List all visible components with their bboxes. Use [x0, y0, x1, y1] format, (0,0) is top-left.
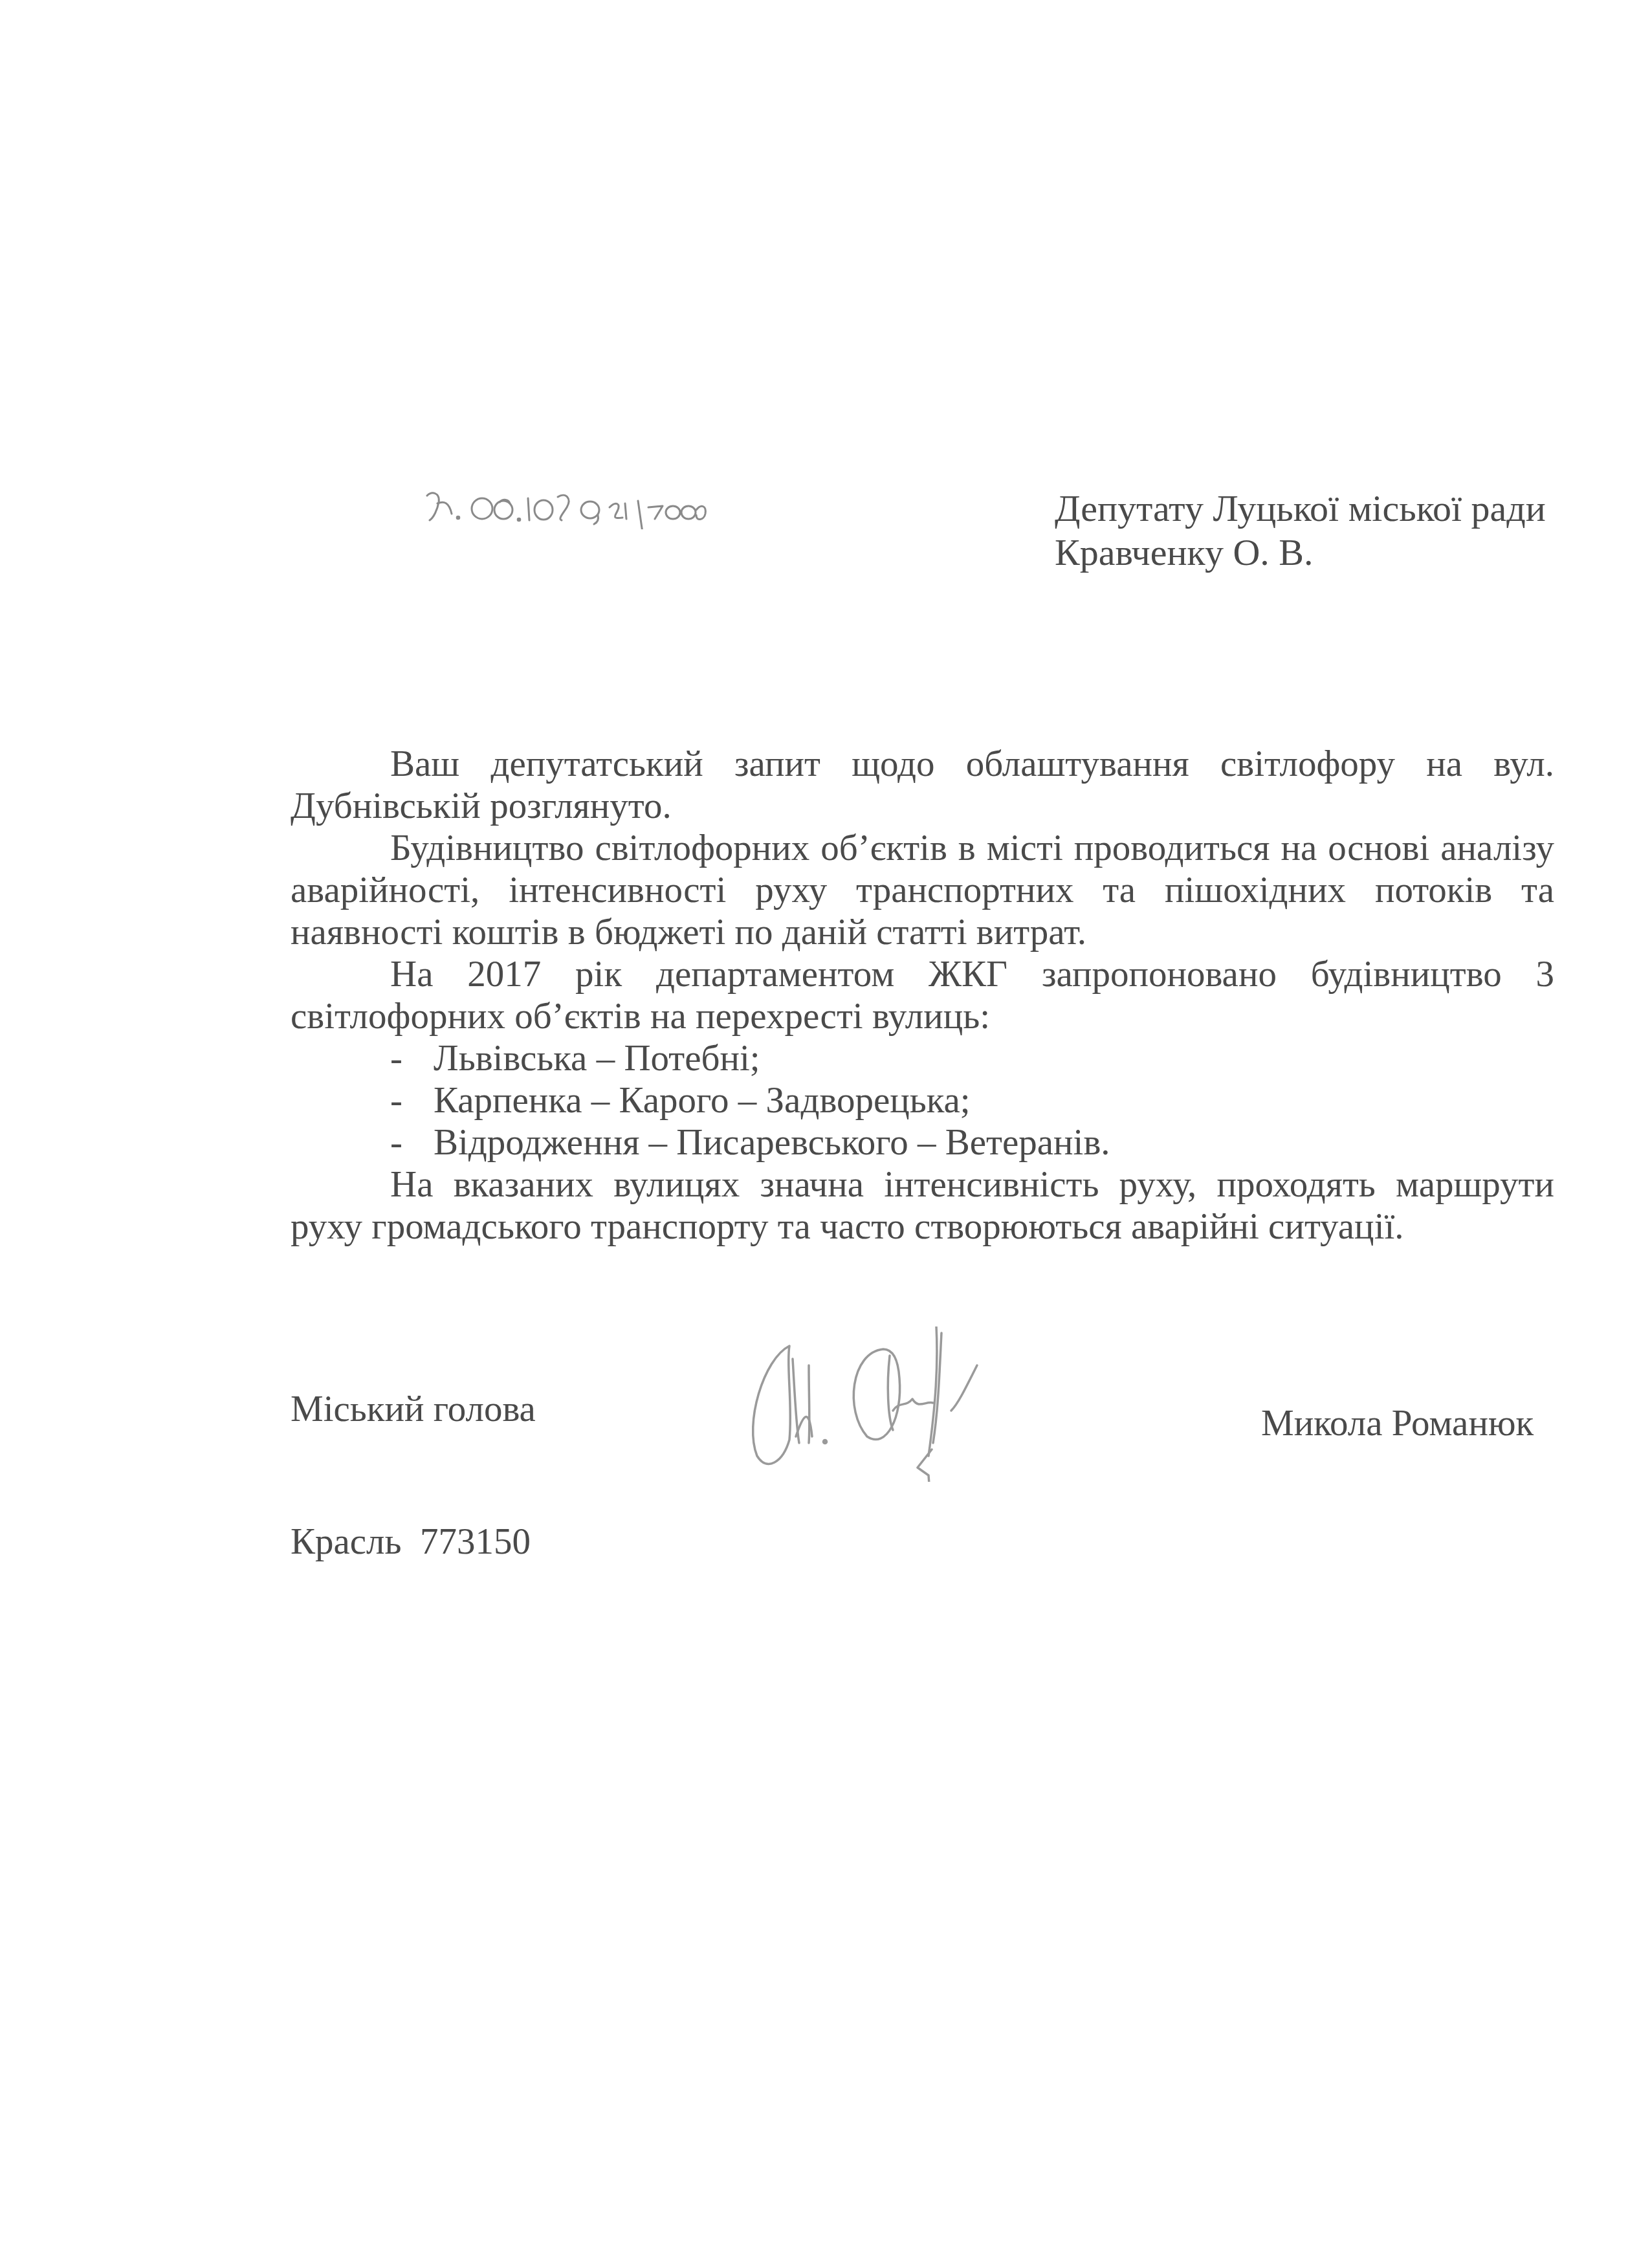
intersections-list: - Львівська – Потебні; - Карпенка – Каро…	[291, 1037, 1554, 1163]
list-item: - Карпенка – Карого – Задворецька;	[291, 1079, 1554, 1121]
dash-bullet-icon: -	[390, 1121, 402, 1163]
signatory-name: Микола Романюк	[1261, 1402, 1534, 1444]
letter-page: Депутату Луцької міської ради Кравченку …	[0, 0, 1650, 2268]
signature-row: Міський голова Микола Романюк	[291, 1388, 1554, 1440]
handwritten-registration-note	[414, 484, 828, 529]
list-item: - Відродження – Писаревського – Ветерані…	[291, 1121, 1554, 1163]
signatory-title: Міський голова	[291, 1388, 536, 1430]
dash-bullet-icon: -	[390, 1037, 402, 1079]
addressee-line-1: Депутату Луцької міської ради	[1055, 487, 1546, 531]
paragraph-construction-basis: Будівництво світлофорних об’єктів в міст…	[291, 827, 1554, 953]
intersection-label: Львівська – Потебні;	[434, 1038, 760, 1079]
paragraph-closing: На вказаних вулицях значна інтенсивність…	[291, 1163, 1554, 1248]
intersection-label: Карпенка – Карого – Задворецька;	[434, 1080, 971, 1121]
addressee-block: Депутату Луцької міської ради Кравченку …	[1055, 487, 1546, 575]
intersection-label: Відродження – Писаревського – Ветеранів.	[434, 1122, 1110, 1163]
letter-body: Ваш депутатський запит щодо облаштування…	[291, 743, 1554, 1248]
addressee-line-2: Кравченку О. В.	[1055, 531, 1546, 575]
paragraph-response: Ваш депутатський запит щодо облаштування…	[291, 743, 1554, 827]
executor-contact: Красль 773150	[291, 1521, 531, 1563]
list-item: - Львівська – Потебні;	[291, 1037, 1554, 1079]
dash-bullet-icon: -	[390, 1079, 402, 1121]
paragraph-2017-plan: На 2017 рік департаментом ЖКГ запропонов…	[291, 953, 1554, 1037]
